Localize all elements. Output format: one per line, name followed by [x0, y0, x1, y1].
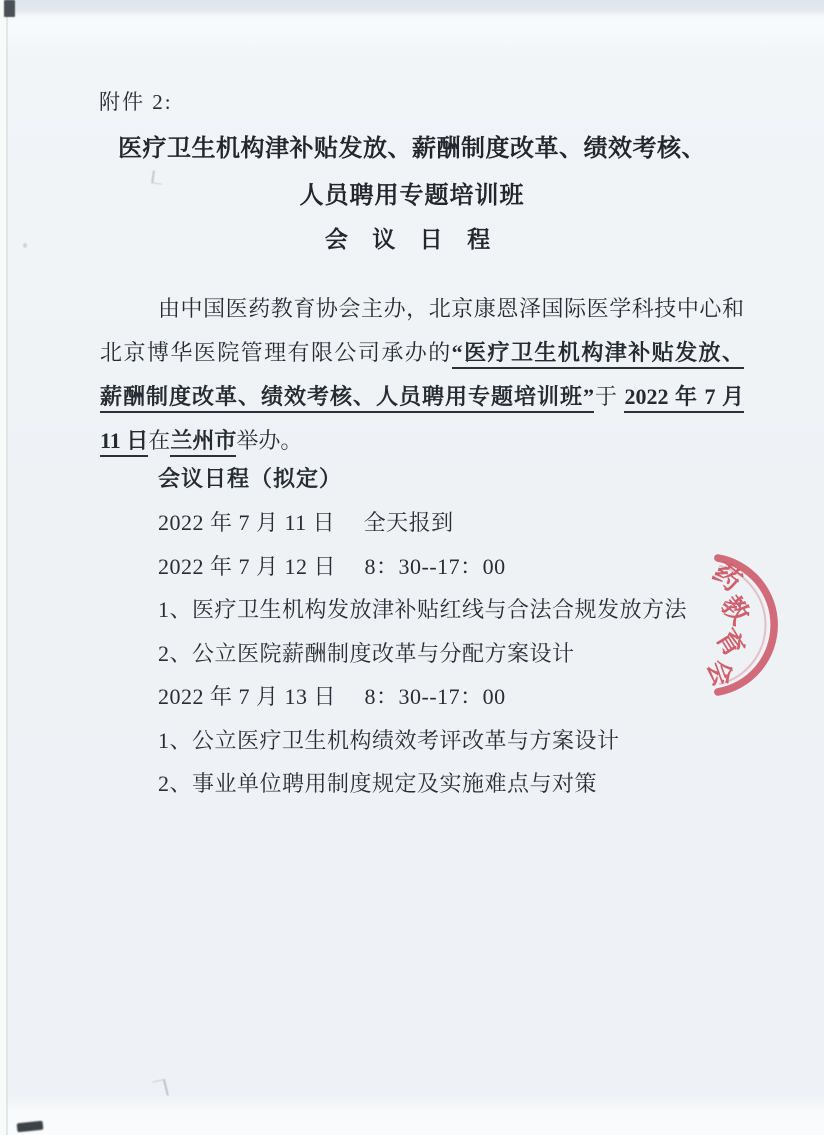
scanned-document-page: 附件 2: 医疗卫生机构津补贴发放、薪酬制度改革、绩效考核、 人员聘用专题培训班… [0, 0, 824, 1135]
schedule-item: 2、事业单位聘用制度规定及实施难点与对策 [158, 768, 758, 812]
schedule-item: 2022 年 7 月 13 日 8：30--17：00 [158, 681, 758, 725]
text-run: 在 [148, 428, 170, 453]
doc-subtitle-meeting-agenda: 会 议 日 程 [0, 221, 824, 254]
intro-paragraph-line: 11 日在兰州市举办。 [100, 426, 744, 456]
schedule-item: 2022 年 7 月 12 日 8：30--17：00 [158, 551, 758, 595]
text-run: 由中国医药教育协会主办，北京康恩泽国际医学科技中心和 [158, 296, 744, 321]
scan-page-edge [0, 0, 6, 1135]
doc-title-line2: 人员聘用专题培训班 [0, 175, 824, 210]
attachment-label: 附件 2: [99, 86, 173, 116]
text-run: 于 [594, 384, 625, 409]
schedule-heading: 会议日程（拟定） [158, 463, 758, 507]
intro-paragraph-line: 薪酬制度改革、绩效考核、人员聘用专题培训班”于 2022 年 7 月 [100, 382, 744, 412]
schedule-list: 2022 年 7 月 11 日 全天报到2022 年 7 月 12 日 8：30… [158, 507, 758, 812]
scan-artifact-bottom-corner [17, 1121, 44, 1133]
text-run: 兰州市 [170, 428, 236, 457]
text-run: 举办。 [236, 428, 302, 453]
text-run: 2022 年 7 月 [624, 384, 744, 413]
text-run: “医疗卫生机构津补贴发放、 [452, 340, 744, 369]
text-run: 11 日 [100, 428, 148, 457]
doc-title-line1: 医疗卫生机构津补贴发放、薪酬制度改革、绩效考核、 [0, 128, 824, 163]
scan-artifact-smudge [152, 1079, 169, 1099]
schedule-item: 2022 年 7 月 11 日 全天报到 [158, 507, 758, 551]
intro-paragraph-line: 北京博华医院管理有限公司承办的“医疗卫生机构津补贴发放、 [100, 338, 744, 368]
scan-edge-line [6, 0, 8, 1135]
schedule-item: 2、公立医院薪酬制度改革与分配方案设计 [158, 638, 758, 682]
schedule-item: 1、医疗卫生机构发放津补贴红线与合法合规发放方法 [158, 594, 758, 638]
intro-paragraph-line: 由中国医药教育协会主办，北京康恩泽国际医学科技中心和 [100, 294, 744, 324]
schedule-block: 会议日程（拟定） 2022 年 7 月 11 日 全天报到2022 年 7 月 … [158, 463, 758, 812]
text-run: 北京博华医院管理有限公司承办的 [100, 340, 452, 365]
scan-artifact-top-corner [4, 0, 15, 17]
text-run: 薪酬制度改革、绩效考核、人员聘用专题培训班” [100, 384, 594, 413]
schedule-item: 1、公立医疗卫生机构绩效考评改革与方案设计 [158, 725, 758, 769]
